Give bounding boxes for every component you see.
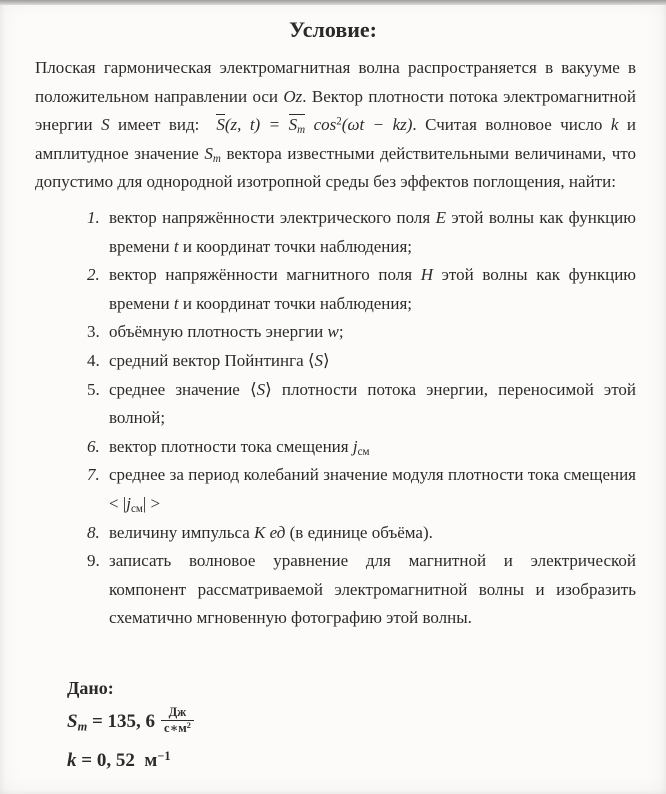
task-number: 2. — [87, 261, 109, 318]
sm-value-formula: Sm = 135, 6Джс∗м2 — [67, 704, 666, 740]
task-text: вектор напряжённости электрического поля… — [109, 204, 636, 261]
task-text: объёмную плотность энергии w; — [109, 318, 636, 347]
task-item: 7.среднее за период колебаний значение м… — [35, 461, 636, 518]
task-number: 9. — [87, 547, 109, 633]
task-item: 3.объёмную плотность энергии w; — [35, 318, 636, 347]
task-list: 1.вектор напряжённости электрического по… — [35, 204, 636, 633]
problem-statement: Плоская гармоническая электромагнитная в… — [35, 54, 636, 197]
task-text: вектор плотности тока смещения jсм — [109, 433, 636, 462]
scan-edge-shadow — [0, 0, 666, 5]
k-value-formula: k = 0, 52 м−1 — [67, 743, 666, 779]
task-number: 4. — [87, 347, 109, 376]
task-number: 5. — [87, 376, 109, 433]
fraction: Джс∗м2 — [161, 705, 194, 736]
task-number: 7. — [87, 461, 109, 518]
task-number: 1. — [87, 204, 109, 261]
document-page: Условие: Плоская гармоническая электрома… — [0, 0, 666, 794]
task-text: среднее значение ⟨S⟩ плотности потока эн… — [109, 376, 636, 433]
task-item: 4.средний вектор Пойнтинга ⟨S⟩ — [35, 347, 636, 376]
math-group: Sm — [289, 114, 305, 134]
task-item: 2.вектор напряжённости магнитного поля H… — [35, 261, 636, 318]
task-text: записать волновое уравнение для магнитно… — [109, 547, 636, 633]
task-item: 6.вектор плотности тока смещения jсм — [35, 433, 636, 462]
given-section: Дано: Sm = 135, 6Джс∗м2 k = 0, 52 м−1 — [67, 675, 666, 779]
task-item: 1.вектор напряжённости электрического по… — [35, 204, 636, 261]
task-text: среднее за период колебаний значение мод… — [109, 461, 636, 518]
task-text: средний вектор Пойнтинга ⟨S⟩ — [109, 347, 636, 376]
task-item: 9.записать волновое уравнение для магнит… — [35, 547, 636, 633]
task-text: величину импульса K ед (в единице объёма… — [109, 519, 636, 548]
task-number: 6. — [87, 433, 109, 462]
task-item: 5.среднее значение ⟨S⟩ плотности потока … — [35, 376, 636, 433]
given-label: Дано: — [67, 675, 666, 701]
task-item: 8.величину импульса K ед (в единице объё… — [35, 519, 636, 548]
task-number: 3. — [87, 318, 109, 347]
task-text: вектор напряжённости магнитного поля H э… — [109, 261, 636, 318]
task-number: 8. — [87, 519, 109, 548]
math-group: S — [216, 114, 225, 134]
page-title: Условие: — [0, 15, 666, 45]
